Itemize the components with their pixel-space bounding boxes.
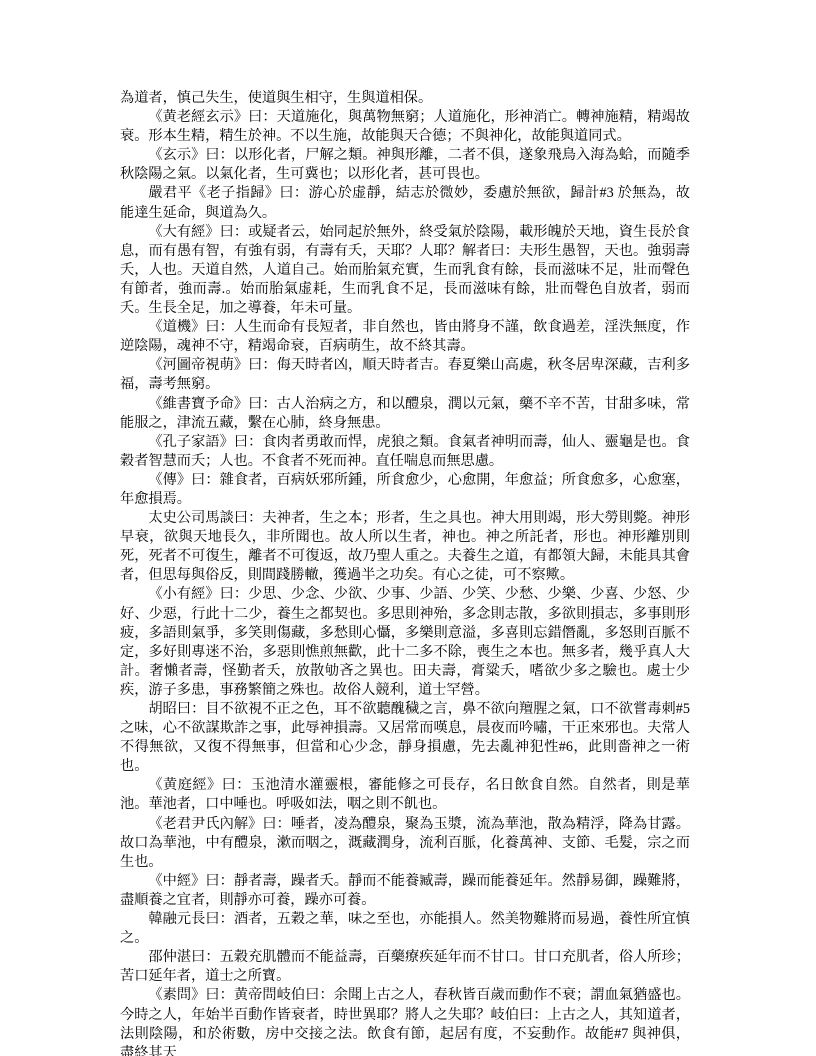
paragraph: 為道者，慎己失生，使道與生相守，生與道相保。 [120,89,690,108]
paragraph: 《素問》曰：黄帝問岐伯曰：余聞上古之人，春秋皆百歲而動作不衰；謂血氣猶盛也。今時… [120,986,690,1056]
paragraph: 韓融元長曰：酒者，五穀之華，味之至也，亦能損人。然美物難將而易過，養性所宜慎之。 [120,910,690,948]
paragraph: 太史公司馬談曰：夫神者，生之本；形者，生之具也。神大用則竭，形大勞則斃。神形早衰… [120,509,690,585]
paragraph: 《黄老經玄示》曰：天道施化，與萬物無窮；人道施化，形神消亡。轉神施精，精竭故衰。… [120,108,690,146]
paragraph: 邵仲湛曰：五穀充肌體而不能益壽，百藥療疾延年而不甘口。甘口充肌者，俗人所珍；苦口… [120,948,690,986]
paragraph: 《黄庭經》曰：玉池清水灌靈根，審能修之可長存，名日飲食自然。自然者，則是華池。華… [120,776,690,814]
paragraph: 《道機》曰：人生而命有長短者，非自然也，皆由將身不謹，飲食過差，淫泆無度，作逆陰… [120,318,690,356]
paragraph: 《河圖帝視萌》曰：侮天時者凶，順天時者吉。春夏樂山高處，秋冬居卑深藏，吉利多福，… [120,356,690,394]
paragraph: 嚴君平《老子指歸》曰：游心於虚靜，結志於微妙，委慮於無欲，歸計#3 於無為，故能… [120,184,690,222]
paragraph: 《傳》曰：雜食者，百病妖邪所鍾，所食愈少，心愈開，年愈益；所食愈多，心愈塞，年愈… [120,471,690,509]
paragraph: 《中經》曰：靜者壽，躁者夭。靜而不能養臧壽，躁而能養延年。然靜易御，躁難將，盡順… [120,872,690,910]
text-block: 為道者，慎己失生，使道與生相守，生與道相保。 《黄老經玄示》曰：天道施化，與萬物… [120,89,690,1056]
paragraph: 《玄示》曰：以形化者，尸解之類。神與形離，二者不俱，遂象飛鳥入海為蛤，而隨季秋陰… [120,146,690,184]
paragraph: 《老君尹氏內解》曰：唾者，凌為醴泉，聚為玉漿，流為華池，散為精浮，降為甘露。故口… [120,815,690,872]
paragraph: 《大有經》曰：或疑者云，始同起於無外，終受氣於陰陽，載形魄於天地，資生長於食息，… [120,223,690,318]
paragraph: 《小有經》曰：少思、少念、少欲、少事、少語、少笑、少愁、少樂、少喜、少怒、少好、… [120,585,690,700]
document-page: 為道者，慎己失生，使道與生相守，生與道相保。 《黄老經玄示》曰：天道施化，與萬物… [0,0,816,1056]
paragraph: 《孔子家語》曰：食肉者勇敢而悍，虎狼之類。食氣者神明而壽，仙人、靈龜是也。食穀者… [120,433,690,471]
paragraph: 胡昭曰：目不欲視不正之色，耳不欲聽醜穢之言，鼻不欲向羶腥之氣，口不欲嘗毒刺#5 … [120,700,690,776]
paragraph: 《維書寶予命》曰：古人治病之方，和以醴泉，潤以元氣，藥不辛不苦，甘甜多味，常能服… [120,395,690,433]
